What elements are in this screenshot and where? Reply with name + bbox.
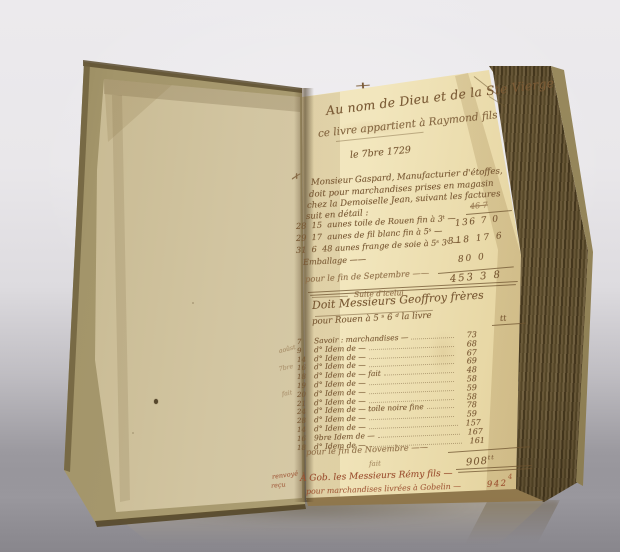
- entry-day: 29: [296, 232, 307, 243]
- subtotal-value: 908: [466, 456, 489, 469]
- entry-day: 31: [296, 244, 307, 255]
- entry-qty: 17: [311, 232, 322, 243]
- margin-overflow: reçu: [271, 480, 287, 490]
- foxing-speckle: [132, 432, 134, 434]
- subtotal-unit: tt: [488, 454, 495, 461]
- foxing-speckle: [192, 302, 194, 304]
- row-amount: 161: [465, 435, 485, 445]
- unit-mark: tt: [500, 314, 507, 323]
- center-note: fait: [369, 460, 381, 468]
- entry-qty: 15: [311, 220, 322, 231]
- closing-amount: 942: [487, 479, 508, 490]
- photo-scene: + Au nom de Dieu et de la Ste Vierge ce …: [0, 0, 620, 552]
- closing-small-figure: 4: [508, 473, 513, 481]
- struck-amount: 46 7: [470, 200, 489, 211]
- wormhole-spot: [154, 399, 158, 404]
- cross-mark: +: [354, 81, 373, 92]
- entry-qty: 6: [311, 244, 317, 254]
- entry-day: 28: [296, 220, 307, 231]
